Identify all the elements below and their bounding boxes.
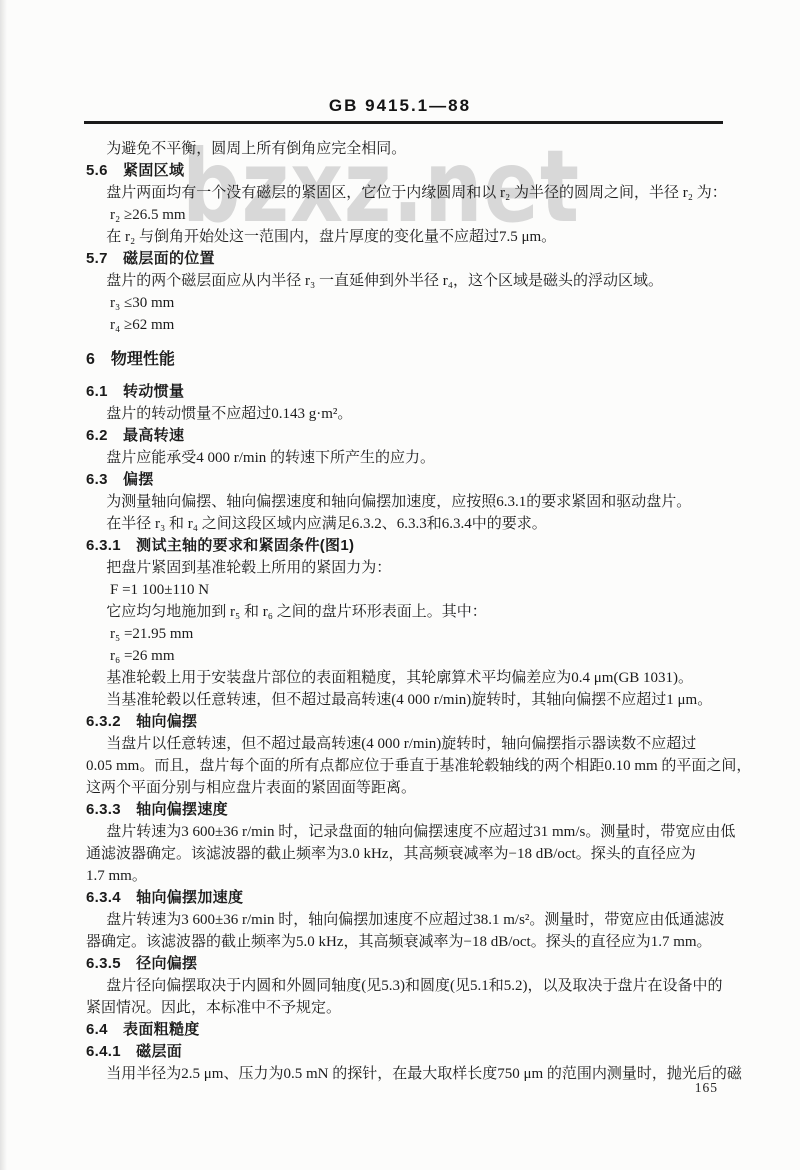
section-heading: 5.7 磁层面的位置 bbox=[86, 248, 734, 270]
text-line: 这两个平面分别与相应盘片表面的紧固面等距离。 bbox=[86, 777, 734, 799]
text-line: 0.05 mm。而且，盘片每个面的所有点都应位于垂直于基准轮毂轴线的两个相距0.… bbox=[86, 755, 734, 777]
header-rule bbox=[84, 121, 723, 124]
text-line: 盘片转速为3 600±36 r/min 时，记录盘面的轴向偏摆速度不应超过31 … bbox=[86, 821, 734, 843]
formula-line: r₄ ≥62 mm bbox=[86, 314, 734, 336]
formula-line: F =1 100±110 N bbox=[86, 579, 734, 601]
section-heading: 6.3.2 轴向偏摆 bbox=[86, 711, 734, 733]
text-line: 盘片的两个磁层面应从内半径 r₃ 一直延伸到外半径 r₄，这个区域是磁头的浮动区… bbox=[86, 270, 734, 292]
text-line: 盘片两面均有一个没有磁层的紧固区，它位于内缘圆周和以 r₂ 为半径的圆周之间，半… bbox=[86, 182, 734, 204]
text-line: 当基准轮毂以任意转速，但不超过最高转速(4 000 r/min)旋转时，其轴向偏… bbox=[86, 689, 734, 711]
section-heading: 5.6 紧固区域 bbox=[86, 160, 734, 182]
text-line: 盘片应能承受4 000 r/min 的转速下所产生的应力。 bbox=[86, 447, 734, 469]
text-line: 在半径 r₃ 和 r₄ 之间这段区域内应满足6.3.2、6.3.3和6.3.4中… bbox=[86, 513, 734, 535]
text-line: 盘片转速为3 600±36 r/min 时，轴向偏摆加速度不应超过38.1 m/… bbox=[86, 909, 734, 931]
text-line: 基准轮毂上用于安装盘片部位的表面粗糙度，其轮廓算术平均偏差应为0.4 μm(GB… bbox=[86, 667, 734, 689]
text-line: 把盘片紧固到基准轮毂上所用的紧固力为： bbox=[86, 557, 734, 579]
section-heading: 6.3.3 轴向偏摆速度 bbox=[86, 799, 734, 821]
document-body: 为避免不平衡，圆周上所有倒角应完全相同。5.6 紧固区域盘片两面均有一个没有磁层… bbox=[86, 138, 734, 1085]
text-line: 当盘片以任意转速，但不超过最高转速(4 000 r/min)旋转时，轴向偏摆指示… bbox=[86, 733, 734, 755]
text-line: 紧固情况。因此，本标准中不予规定。 bbox=[86, 997, 734, 1019]
formula-line: r₆ =26 mm bbox=[86, 645, 734, 667]
chapter-heading: 6 物理性能 bbox=[86, 348, 734, 372]
page-header: GB 9415.1—88 bbox=[0, 0, 800, 124]
section-heading: 6.3.4 轴向偏摆加速度 bbox=[86, 887, 734, 909]
page-number: 165 bbox=[695, 1080, 718, 1096]
section-heading: 6.4 表面粗糙度 bbox=[86, 1019, 734, 1041]
formula-line: r₅ =21.95 mm bbox=[86, 623, 734, 645]
section-heading: 6.3.5 径向偏摆 bbox=[86, 953, 734, 975]
section-heading: 6.3 偏摆 bbox=[86, 469, 734, 491]
text-line: 器确定。该滤波器的截止频率为5.0 kHz，其高频衰减率为−18 dB/oct。… bbox=[86, 931, 734, 953]
section-heading: 6.1 转动惯量 bbox=[86, 381, 734, 403]
text-line: 在 r₂ 与倒角开始处这一范围内，盘片厚度的变化量不应超过7.5 μm。 bbox=[86, 226, 734, 248]
text-line: 为测量轴向偏摆、轴向偏摆速度和轴向偏摆加速度，应按照6.3.1的要求紧固和驱动盘… bbox=[86, 491, 734, 513]
text-line: 通滤波器确定。该滤波器的截止频率为3.0 kHz，其高频衰减率为−18 dB/o… bbox=[86, 843, 734, 865]
text-line: 为避免不平衡，圆周上所有倒角应完全相同。 bbox=[86, 138, 734, 160]
formula-line: r₃ ≤30 mm bbox=[86, 292, 734, 314]
text-line: 它应均匀地施加到 r₅ 和 r₆ 之间的盘片环形表面上。其中： bbox=[86, 601, 734, 623]
text-line: 当用半径为2.5 μm、压力为0.5 mN 的探针，在最大取样长度750 μm … bbox=[86, 1063, 734, 1085]
section-heading: 6.4.1 磁层面 bbox=[86, 1041, 734, 1063]
section-heading: 6.3.1 测试主轴的要求和紧固条件(图1) bbox=[86, 535, 734, 557]
text-line: 盘片的转动惯量不应超过0.143 g·m²。 bbox=[86, 403, 734, 425]
text-line: 盘片径向偏摆取决于内圆和外圆同轴度(见5.3)和圆度(见5.1和5.2)，以及取… bbox=[86, 975, 734, 997]
document-page: bzxz.net GB 9415.1—88 为避免不平衡，圆周上所有倒角应完全相… bbox=[0, 0, 800, 1170]
formula-line: r₂ ≥26.5 mm bbox=[86, 204, 734, 226]
section-heading: 6.2 最高转速 bbox=[86, 425, 734, 447]
standard-number: GB 9415.1—88 bbox=[0, 96, 800, 116]
text-line: 1.7 mm。 bbox=[86, 865, 734, 887]
